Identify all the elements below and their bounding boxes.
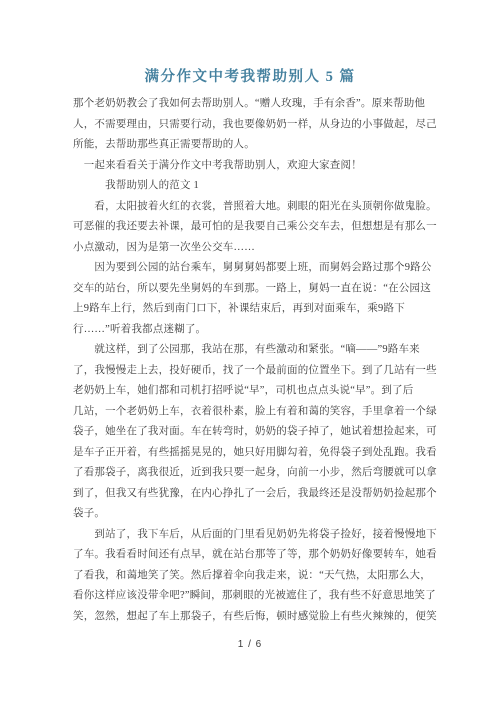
essay-body: 那个老奶奶教会了我如何去帮助别人。“赠人玫瑰，手有余香”。原来帮助他 人，不需要… [73, 94, 437, 627]
essay-paragraph: 到站了，我下车后，从后面的门里看见奶奶先将袋子捡好，接着慢慢地下 了车。我看看时… [73, 525, 437, 628]
essay-paragraph: 看，太阳披着火红的衣裳，普照着大地。刺眼的阳光在头顶朝你做鬼脸。 可恶催的我还要… [73, 197, 437, 259]
essay-paragraph: 我帮助别人的范文 1 [73, 176, 437, 197]
essay-paragraph: 一起来看看关于满分作文中考我帮助别人，欢迎大家查阅！ [73, 156, 437, 177]
essay-paragraph: 因为要到公园的站台乘车，舅舅舅妈都要上班，而舅妈会路过那个9路公 交车的站台，所… [73, 258, 437, 340]
essay-paragraph: 就这样，到了公园那，我站在那，有些激动和紧张。“嘀——”9路车来 了，我慢慢走上… [73, 340, 437, 525]
page-number: 1 / 6 [0, 639, 500, 650]
essay-paragraph: 那个老奶奶教会了我如何去帮助别人。“赠人玫瑰，手有余香”。原来帮助他 人，不需要… [73, 94, 437, 156]
document-page: 满分作文中考我帮助别人 5 篇 那个老奶奶教会了我如何去帮助别人。“赠人玫瑰，手… [0, 0, 500, 707]
page-title: 满分作文中考我帮助别人 5 篇 [0, 65, 500, 86]
